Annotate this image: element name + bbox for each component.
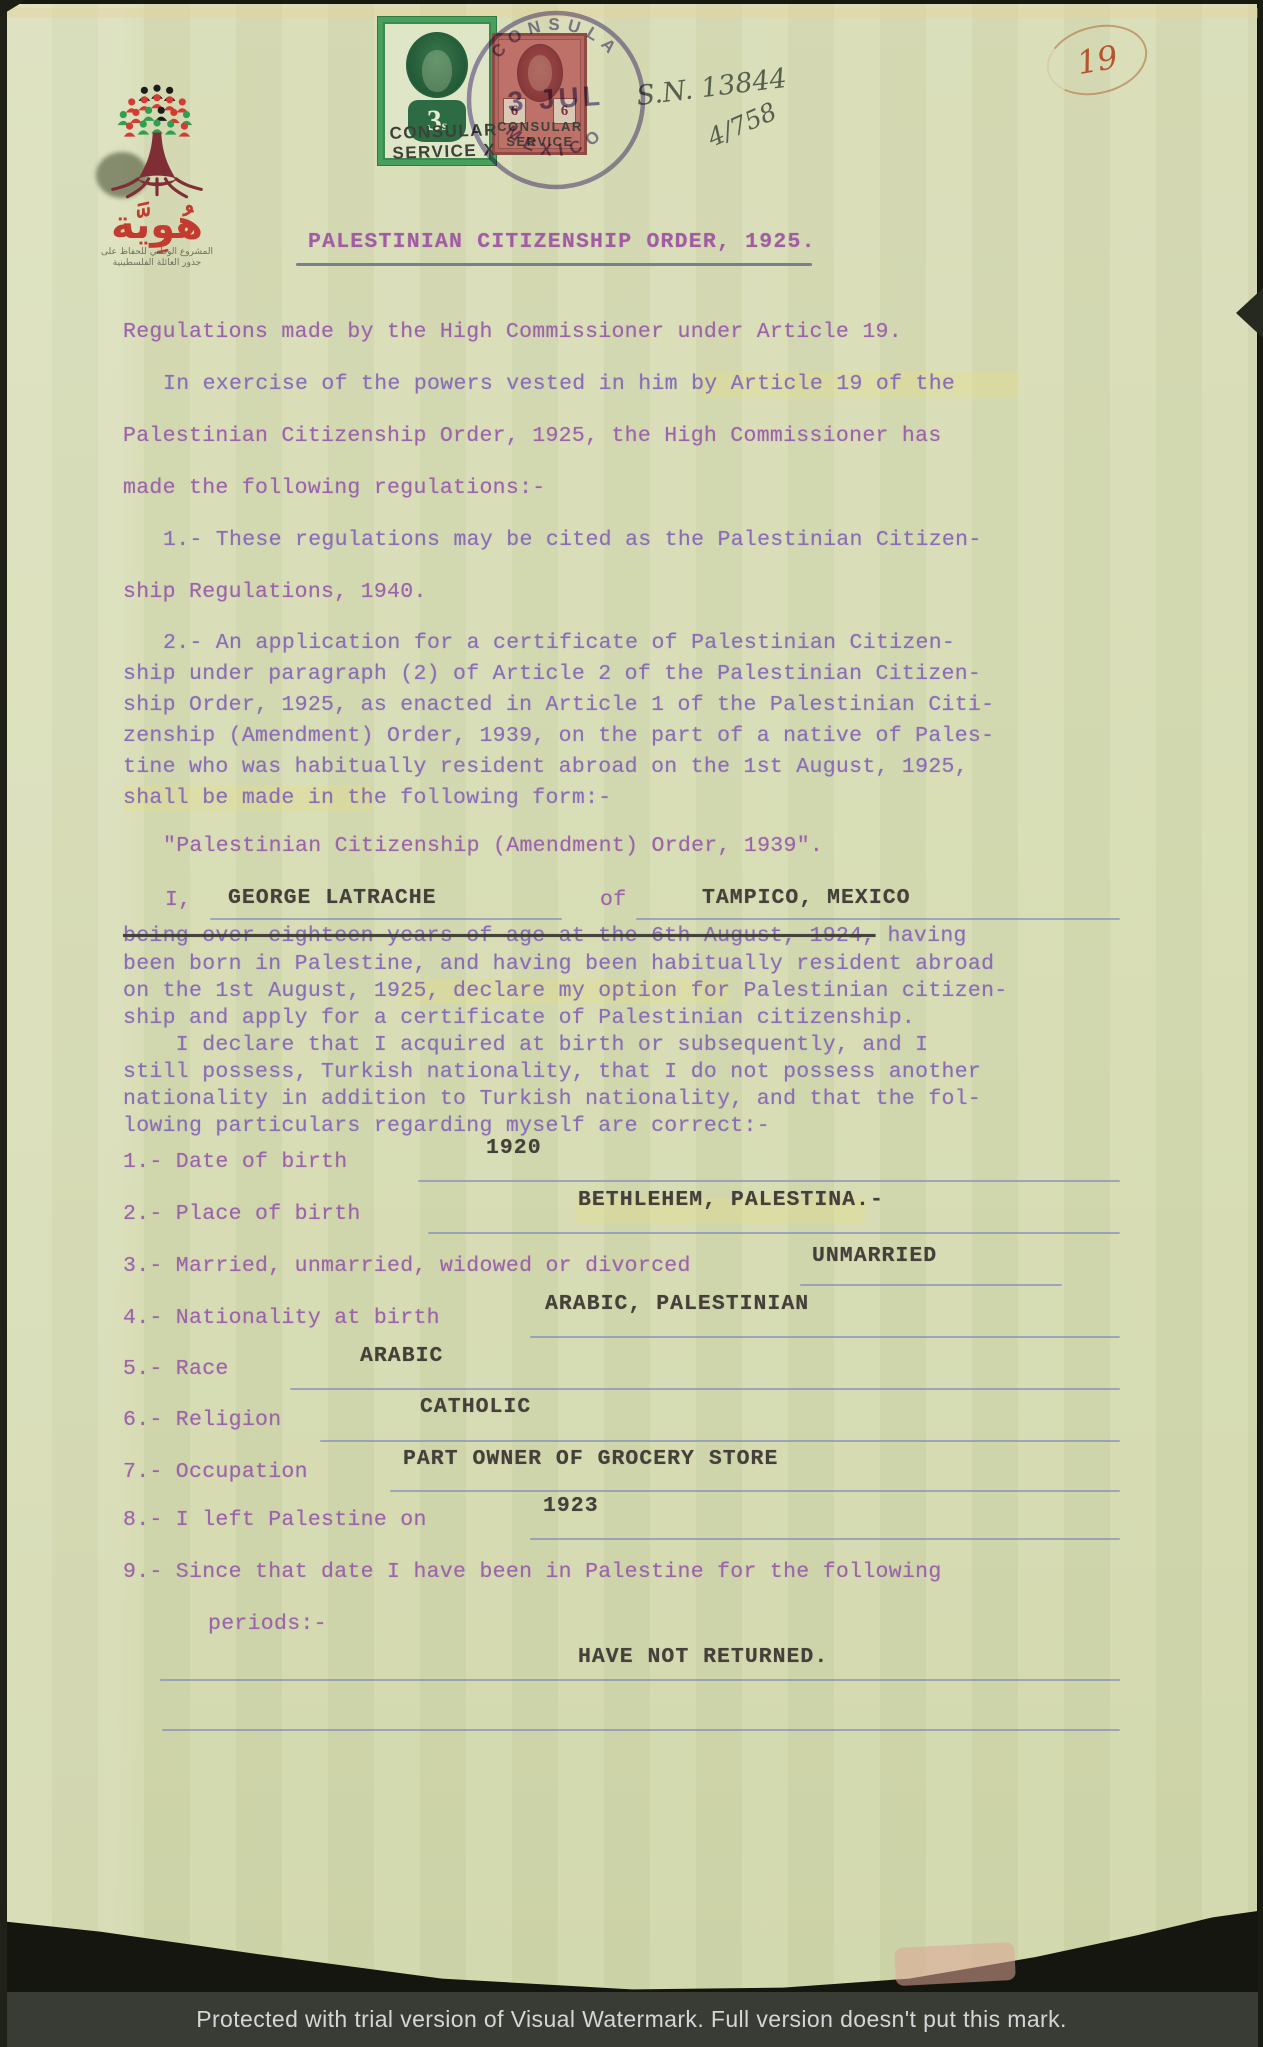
logo-tagline-line2: جذور العائلة الفلسطينية xyxy=(82,258,232,269)
postmark-top-text: CONSULA xyxy=(488,15,625,62)
logo-wordmark: هُوِيَّة xyxy=(82,203,232,247)
struck-text: being over eighteen years of age at the … xyxy=(123,924,876,948)
item-6-label: 6.- Religion xyxy=(123,1408,281,1432)
scan-edge-left xyxy=(0,0,7,2047)
declaration-line-4: I declare that I acquired at birth or su… xyxy=(123,1033,928,1057)
regulation2-line-1: 2.- An application for a certificate of … xyxy=(163,631,955,655)
postmark-bottom-text: MEXICO xyxy=(502,122,610,161)
page-number: 19 xyxy=(1074,38,1121,82)
item-5-line xyxy=(290,1388,1120,1390)
item-7-line xyxy=(390,1490,1120,1492)
declaration-line-6: nationality in addition to Turkish natio… xyxy=(123,1087,981,1111)
item-6-value: CATHOLIC xyxy=(420,1395,531,1419)
regulation1-line-2: ship Regulations, 1940. xyxy=(123,580,427,604)
declaration-line-2: on the 1st August, 1925, declare my opti… xyxy=(123,979,1008,1003)
item-2-value: BETHLEHEM, PALESTINA.- xyxy=(578,1188,884,1212)
name-underline xyxy=(210,918,562,920)
declaration-of: of xyxy=(600,888,626,912)
svg-text:MEXICO: MEXICO xyxy=(502,122,610,161)
item-7-label: 7.- Occupation xyxy=(123,1460,308,1484)
applicant-place: TAMPICO, MEXICO xyxy=(702,886,911,910)
item-8-line xyxy=(530,1538,1120,1540)
item-6-line xyxy=(320,1440,1120,1442)
place-underline xyxy=(636,918,1120,920)
declaration-line-1: been born in Palestine, and having been … xyxy=(123,952,994,976)
regulation2-line-6: shall be made in the following form:- xyxy=(123,786,611,810)
applicant-name: GEORGE LATRACHE xyxy=(228,886,437,910)
item-4-line xyxy=(530,1336,1120,1338)
item-9-line-2 xyxy=(162,1729,1120,1731)
regulations-line: Regulations made by the High Commissione… xyxy=(123,320,902,344)
paper-edge-smudge xyxy=(894,1942,1016,1986)
powers-line-3: made the following regulations:- xyxy=(123,476,545,500)
portrait-silhouette xyxy=(422,50,452,92)
consular-postmark: CONSULA MEXICO 3 JUL xyxy=(450,2,662,202)
watermark-banner: Protected with trial version of Visual W… xyxy=(0,1992,1263,2047)
item-1-line xyxy=(418,1180,1120,1182)
powers-line-2: Palestinian Citizenship Order, 1925, the… xyxy=(123,424,942,448)
declaration-i: I, xyxy=(165,888,191,912)
powers-line-1: In exercise of the powers vested in him … xyxy=(163,372,955,396)
after-struck-text: having xyxy=(888,924,967,948)
item-9-line-1 xyxy=(160,1679,1120,1681)
item-2-label: 2.- Place of birth xyxy=(123,1202,361,1226)
regulation2-line-2: ship under paragraph (2) of Article 2 of… xyxy=(123,662,981,686)
item-9-label-2: periods:- xyxy=(208,1612,327,1636)
svg-text:CONSULA: CONSULA xyxy=(488,15,625,62)
scan-edge-top xyxy=(0,0,1263,4)
title-underline xyxy=(296,263,812,266)
item-3-line xyxy=(800,1284,1062,1286)
item-2-line xyxy=(428,1232,1120,1234)
item-8-label: 8.- I left Palestine on xyxy=(123,1508,427,1532)
item-9-value: HAVE NOT RETURNED. xyxy=(578,1645,828,1669)
item-4-label: 4.- Nationality at birth xyxy=(123,1306,440,1330)
item-8-value: 1923 xyxy=(543,1494,599,1518)
item-5-label: 5.- Race xyxy=(123,1357,229,1381)
item-1-label: 1.- Date of birth xyxy=(123,1150,347,1174)
regulation2-line-3: ship Order, 1925, as enacted in Article … xyxy=(123,693,994,717)
hawiyya-logo: هُوِيَّة المشروع الوطني للحفاظ على جذور … xyxy=(82,84,232,269)
document-title: PALESTINIAN CITIZENSHIP ORDER, 1925. xyxy=(308,230,816,254)
order-quote: "Palestinian Citizenship (Amendment) Ord… xyxy=(163,834,823,858)
declaration-line-7: lowing particulars regarding myself are … xyxy=(123,1114,770,1138)
item-4-value: ARABIC, PALESTINIAN xyxy=(545,1292,809,1316)
declaration-line-3: ship and apply for a certificate of Pale… xyxy=(123,1006,915,1030)
item-9-label: 9.- Since that date I have been in Pales… xyxy=(123,1560,942,1584)
regulation2-line-4: zenship (Amendment) Order, 1939, on the … xyxy=(123,724,994,748)
postmark-date: 3 JUL xyxy=(507,80,605,118)
struck-line: being over eighteen years of age at the … xyxy=(123,924,967,948)
watermark-text: Protected with trial version of Visual W… xyxy=(196,2006,1067,2033)
regulation2-line-5: tine who was habitually resident abroad … xyxy=(123,755,968,779)
logo-tagline-line1: المشروع الوطني للحفاظ على xyxy=(82,247,232,258)
item-3-value: UNMARRIED xyxy=(812,1244,937,1268)
regulation1-line-1: 1.- These regulations may be cited as th… xyxy=(163,528,982,552)
item-1-value: 1920 xyxy=(486,1136,542,1160)
declaration-line-5: still possess, Turkish nationality, that… xyxy=(123,1060,981,1084)
item-7-value: PART OWNER OF GROCERY STORE xyxy=(403,1447,778,1471)
item-3-label: 3.- Married, unmarried, widowed or divor… xyxy=(123,1254,691,1278)
people-tree-icon xyxy=(91,84,223,202)
item-5-value: ARABIC xyxy=(360,1344,443,1368)
